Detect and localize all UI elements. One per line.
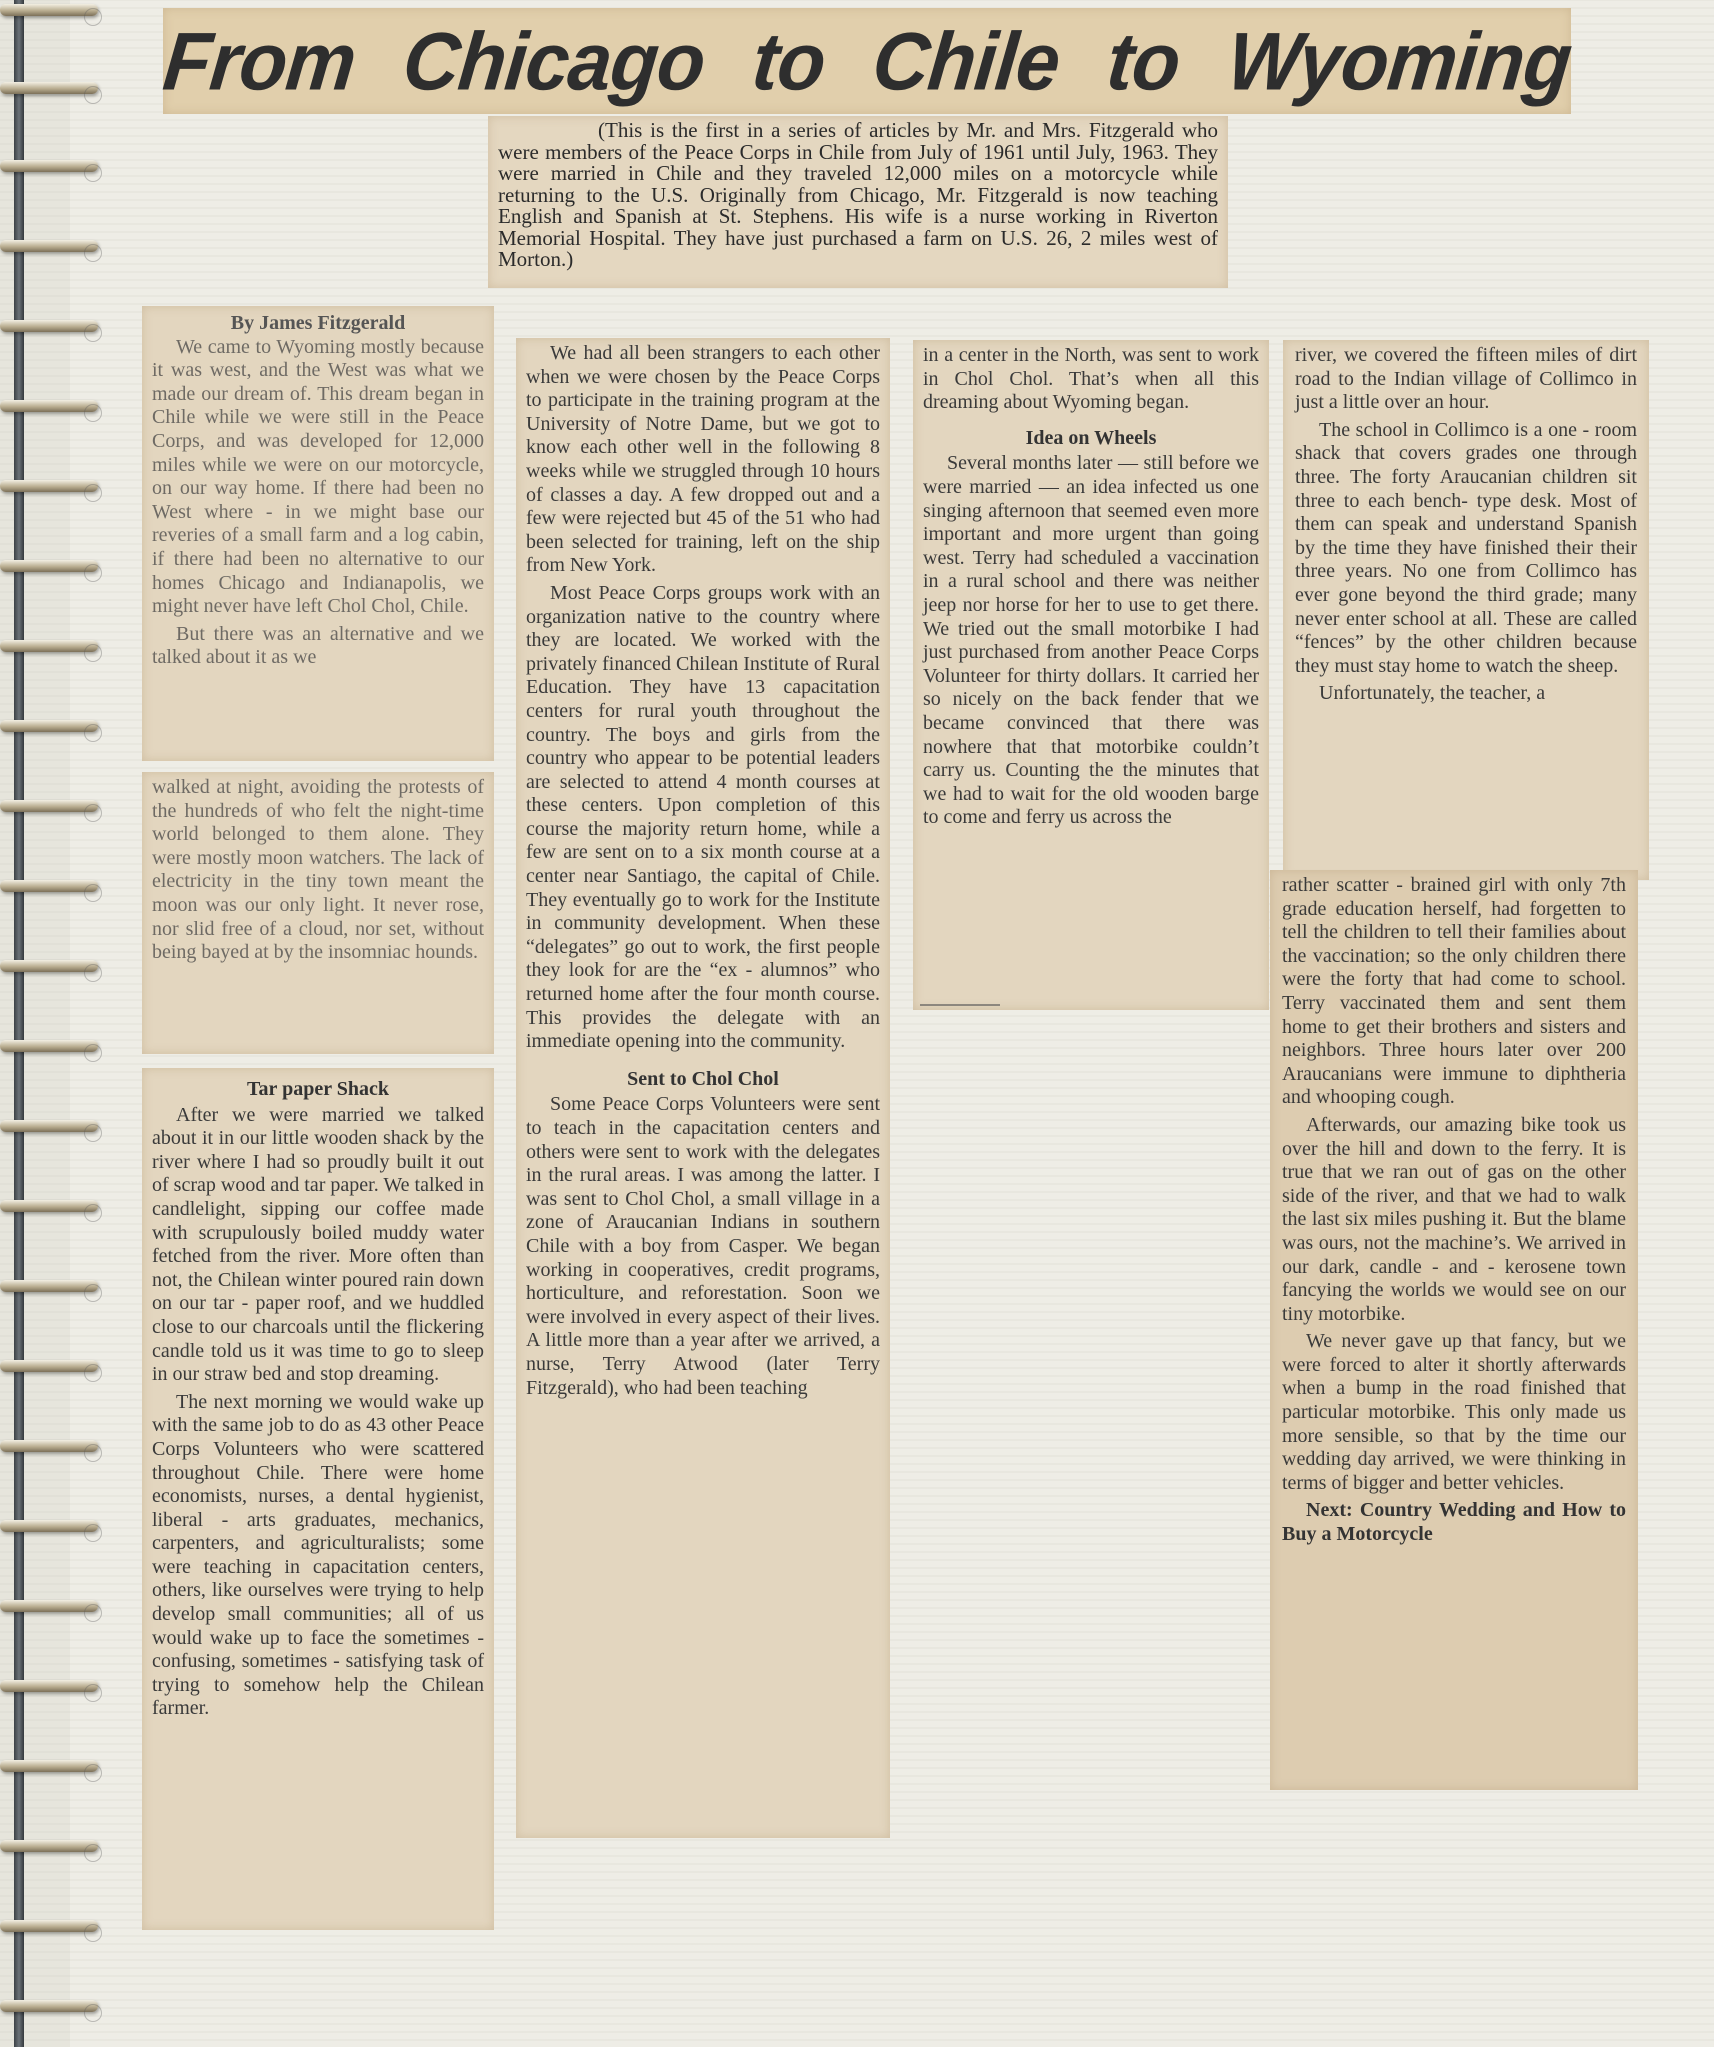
binding-ring: [0, 1120, 98, 1132]
column-2: We had all been strangers to each other …: [516, 338, 890, 1838]
paragraph: The school in Collimco is a one - room s…: [1295, 419, 1637, 679]
paragraph: Some Peace Corps Volunteers were sent to…: [526, 1093, 880, 1400]
binding-ring: [0, 480, 98, 492]
binding-ring: [0, 160, 98, 172]
paragraph: Several months later — still before we w…: [923, 452, 1259, 830]
binding-ring: [0, 1360, 98, 1372]
binding-ring: [0, 1760, 98, 1772]
binding-ring: [0, 320, 98, 332]
column-4-part-b: rather scatter - brained girl with only …: [1270, 870, 1638, 1790]
binding-ring: [0, 1600, 98, 1612]
paragraph: Most Peace Corps groups work with an org…: [526, 582, 880, 1054]
binding-ring: [0, 240, 98, 252]
binding-ring: [0, 560, 98, 572]
binding-ring: [0, 1520, 98, 1532]
binding-ring: [0, 1280, 98, 1292]
column-1-part-b: walked at night, avoiding the protests o…: [142, 772, 494, 1054]
column-end-rule: [920, 1004, 1000, 1006]
paragraph: walked at night, avoiding the protests o…: [152, 776, 484, 965]
binding-ring: [0, 640, 98, 652]
binding-ring: [0, 400, 98, 412]
column-1-part-c: Tar paper Shack After we were married we…: [142, 1068, 494, 1930]
binding-ring: [0, 2000, 98, 2012]
paragraph: We came to Wyoming mostly because it was…: [152, 336, 484, 619]
binding-ring: [0, 800, 98, 812]
paragraph: rather scatter - brained girl with only …: [1282, 874, 1626, 1110]
paragraph: river, we covered the fifteen miles of d…: [1295, 344, 1637, 415]
column-1-part-a: By James Fitzgerald We came to Wyoming m…: [142, 306, 494, 761]
binding-ring: [0, 1040, 98, 1052]
binding-ring: [0, 960, 98, 972]
paragraph: After we were married we talked about it…: [152, 1104, 484, 1387]
binding-ring: [0, 1920, 98, 1932]
binding-ring: [0, 82, 98, 94]
paragraph: Afterwards, our amazing bike took us ove…: [1282, 1114, 1626, 1326]
column-4-part-a: river, we covered the fifteen miles of d…: [1283, 340, 1649, 880]
paragraph: We never gave up that fancy, but we were…: [1282, 1330, 1626, 1495]
paragraph: in a center in the North, was sent to wo…: [923, 344, 1259, 415]
binding-ring: [0, 1200, 98, 1212]
intro-clipping: (This is the first in a series of articl…: [488, 116, 1228, 288]
paragraph: Unfortunately, the teacher, a: [1295, 682, 1637, 706]
next-article-teaser: Next: Country Wedding and How to Buy a M…: [1282, 1499, 1626, 1546]
subhead-idea-on-wheels: Idea on Wheels: [923, 427, 1259, 451]
paragraph: But there was an alternative and we talk…: [152, 623, 484, 670]
headline: From Chicago to Chile to Wyoming: [159, 13, 1575, 109]
paragraph: The next morning we would wake up with t…: [152, 1391, 484, 1721]
byline: By James Fitzgerald: [152, 312, 484, 336]
binding-ring: [0, 1840, 98, 1852]
headline-clipping: From Chicago to Chile to Wyoming: [163, 8, 1571, 114]
binding-ring: [0, 4, 98, 16]
paragraph: We had all been strangers to each other …: [526, 342, 880, 578]
binding-rod: [14, 0, 24, 2047]
intro-paragraph: (This is the first in a series of articl…: [498, 120, 1218, 271]
subhead-tar-paper-shack: Tar paper Shack: [152, 1078, 484, 1102]
subhead-sent-to-chol-chol: Sent to Chol Chol: [526, 1068, 880, 1092]
binding-ring: [0, 720, 98, 732]
column-3: in a center in the North, was sent to wo…: [913, 340, 1269, 1010]
binding-ring: [0, 1680, 98, 1692]
binding-ring: [0, 1440, 98, 1452]
binding-ring: [0, 880, 98, 892]
